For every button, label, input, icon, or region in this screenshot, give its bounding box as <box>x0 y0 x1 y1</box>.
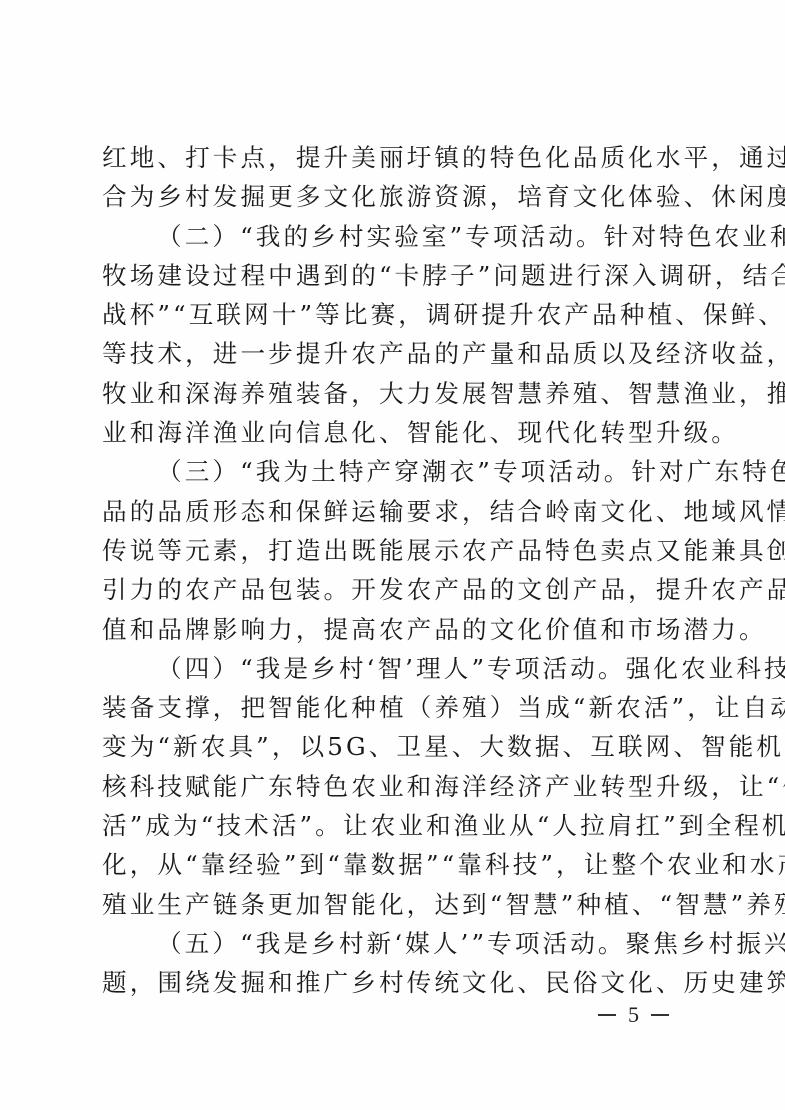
text-line: 殖业生产链条更加智能化，达到“智慧”种植、“智慧”养殖。 <box>102 885 686 924</box>
text-line: 合为乡村发掘更多文化旅游资源，培育文化体验、休闲度假等产业。 <box>102 177 686 216</box>
section-heading-line: （四）“我是乡村‘智’理人”专项活动。强化农业科技和 <box>102 649 686 688</box>
text-line: 化，从“靠经验”到“靠数据”“靠科技”，让整个农业和水产养 <box>102 845 686 884</box>
text-line: 变为“新农具”，以5G、卫星、大数据、互联网、智能机械等硬 <box>102 727 686 766</box>
text-line: 活”成为“技术活”。让农业和渔业从“人拉肩扛”到全程机械 <box>102 806 686 845</box>
text-line: 值和品牌影响力，提高农产品的文化价值和市场潜力。 <box>102 610 686 649</box>
text-line: 等技术，进一步提升农产品的产量和品质以及经济收益，研制畜 <box>102 334 686 373</box>
page-number-value: 5 <box>628 1002 639 1028</box>
section-heading-line: （五）“我是乡村新‘媒人’”专项活动。聚焦乡村振兴主 <box>102 924 686 963</box>
text-line: 业和海洋渔业向信息化、智能化、现代化转型升级。 <box>102 413 686 452</box>
text-line: 题，围绕发掘和推广乡村传统文化、民俗文化、历史建筑、农海 <box>102 963 686 1002</box>
dash-right <box>651 1014 669 1015</box>
text-line: 核科技赋能广东特色农业和海洋经济产业转型升级，让“体力 <box>102 767 686 806</box>
text-line: 牧场建设过程中遇到的“卡脖子”问题进行深入调研，结合“挑 <box>102 256 686 295</box>
text-line: 牧业和深海养殖装备，大力发展智慧养殖、智慧渔业，推动畜牧 <box>102 374 686 413</box>
text-line: 装备支撑，把智能化种植（养殖）当成“新农活”，让自动机械 <box>102 688 686 727</box>
text-line: 红地、打卡点，提升美丽圩镇的特色化品质化水平，通过文旅融 <box>102 138 686 177</box>
dash-left <box>598 1014 616 1015</box>
page-number: 5 <box>598 1002 669 1028</box>
text-line: 品的品质形态和保鲜运输要求，结合岭南文化、地域风情、民俗 <box>102 492 686 531</box>
text-line: 战杯”“互联网十”等比赛，调研提升农产品种植、保鲜、加工 <box>102 295 686 334</box>
text-line: 引力的农产品包装。开发农产品的文创产品，提升农产品的附加 <box>102 570 686 609</box>
document-page: 红地、打卡点，提升美丽圩镇的特色化品质化水平，通过文旅融 合为乡村发掘更多文化旅… <box>0 0 785 1110</box>
text-line: 传说等元素，打造出既能展示农产品特色卖点又能兼具创意和吸 <box>102 531 686 570</box>
section-heading-line: （三）“我为土特产穿潮衣”专项活动。针对广东特色农产 <box>102 452 686 491</box>
document-body: 红地、打卡点，提升美丽圩镇的特色化品质化水平，通过文旅融 合为乡村发掘更多文化旅… <box>102 138 686 1003</box>
section-heading-line: （二）“我的乡村实验室”专项活动。针对特色农业和海洋 <box>102 217 686 256</box>
